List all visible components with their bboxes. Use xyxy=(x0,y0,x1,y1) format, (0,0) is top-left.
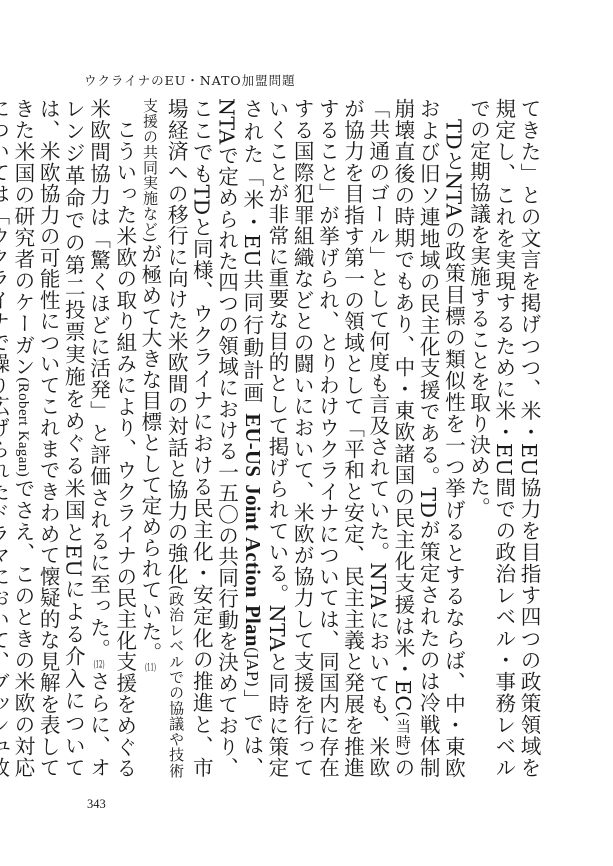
text-run: てきた」との文言を掲げつつ、米・EU協力を目指す四つの政策領域を規定し、これを実… xyxy=(467,98,541,778)
parenthetical: (JAP) xyxy=(243,647,261,688)
footnote-ref: (12) xyxy=(94,660,105,671)
paragraph: こういった米欧の取り組みにより、ウクライナの民主化支援をめぐる米欧間協力は「驚く… xyxy=(0,98,137,778)
parenthetical-latin: (Robert Kagan) xyxy=(15,377,31,477)
text-run: の「共通のゴール」として何度も言及されていた。NTAにおいても、米欧が協力を目指… xyxy=(240,98,415,778)
latin-title: EU-US Joint Action Plan xyxy=(241,413,263,646)
paragraph: てきた」との文言を掲げつつ、米・EU協力を目指す四つの政策領域を規定し、これを実… xyxy=(465,98,541,778)
text-run: が極めて大きな目標として定められていた。 xyxy=(138,243,162,663)
footnote-ref: (11) xyxy=(145,663,156,673)
running-head: ウクライナのEU・NATO加盟問題 xyxy=(84,71,296,89)
text-run: TDとNTAの政策目標の類似性を一つ挙げるとするならば、中・東欧および旧ソ連地域… xyxy=(391,98,465,778)
body-text: てきた」との文言を掲げつつ、米・EU協力を目指す四つの政策領域を規定し、これを実… xyxy=(0,98,541,778)
page-number: 343 xyxy=(87,797,106,812)
paragraph: TDとNTAの政策目標の類似性を一つ挙げるとするならば、中・東欧および旧ソ連地域… xyxy=(137,98,466,778)
parenthetical: (当時) xyxy=(394,711,412,756)
